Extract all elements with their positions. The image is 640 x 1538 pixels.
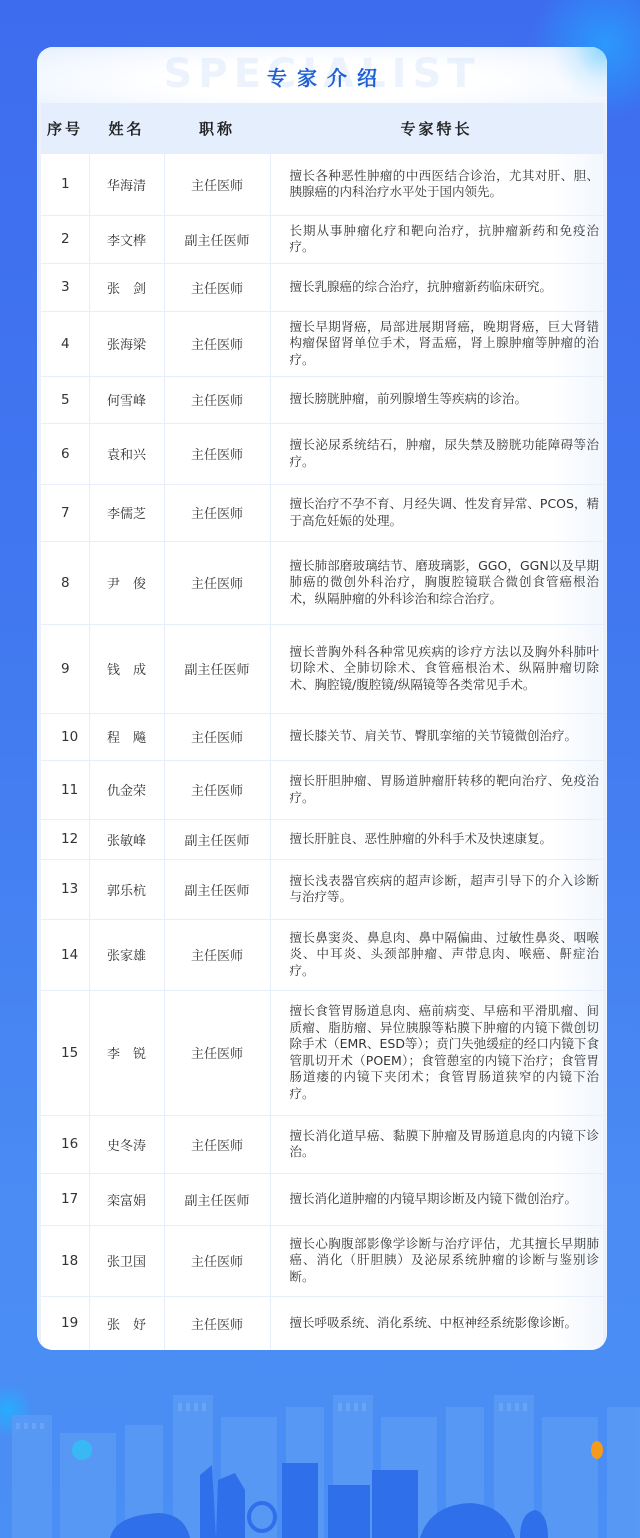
table-row: 16史冬涛主任医师擅长消化道早癌、黏膜下肿瘤及胃肠道息肉的内镜下诊治。 [41,1115,603,1173]
table-row: 17栾富娟副主任医师擅长消化道肿瘤的内镜早期诊断及内镜下微创治疗。 [41,1173,603,1225]
table-row: 6袁和兴主任医师擅长泌尿系统结石，肿瘤，尿失禁及膀胱功能障碍等治疗。 [41,423,603,484]
doctor-name: 尹 俊 [89,541,164,624]
row-number: 16 [41,1115,89,1173]
doctor-title: 主任医师 [164,760,270,819]
row-number: 8 [41,541,89,624]
doctor-title: 主任医师 [164,990,270,1115]
row-number: 13 [41,859,89,919]
row-number: 14 [41,919,89,990]
doctor-specialty: 擅长浅表器官疾病的超声诊断，超声引导下的介入诊断与治疗等。 [270,859,603,919]
column-header-number: 序号 [41,103,89,154]
specialist-table-wrap: 序号 姓名 职称 专家特长 1华海清主任医师擅长各种恶性肿瘤的中西医结合诊治，尤… [41,103,603,1350]
table-row: 13郭乐杭副主任医师擅长浅表器官疾病的超声诊断，超声引导下的介入诊断与治疗等。 [41,859,603,919]
doctor-specialty: 擅长各种恶性肿瘤的中西医结合诊治，尤其对肝、胆、胰腺癌的内科治疗水平处于国内领先… [270,154,603,215]
doctor-specialty: 擅长泌尿系统结石，肿瘤，尿失禁及膀胱功能障碍等治疗。 [270,423,603,484]
table-row: 2李文桦副主任医师长期从事肿瘤化疗和靶向治疗，抗肿瘤新药和免疫治疗。 [41,215,603,263]
doctor-title: 主任医师 [164,484,270,541]
doctor-title: 主任医师 [164,1225,270,1296]
row-number: 1 [41,154,89,215]
doctor-name: 栾富娟 [89,1173,164,1225]
doctor-specialty: 长期从事肿瘤化疗和靶向治疗，抗肿瘤新药和免疫治疗。 [270,215,603,263]
doctor-title: 主任医师 [164,1296,270,1350]
table-row: 11仇金荣主任医师擅长肝胆肿瘤、胃肠道肿瘤肝转移的靶向治疗、免疫治疗。 [41,760,603,819]
doctor-title: 主任医师 [164,919,270,990]
row-number: 11 [41,760,89,819]
row-number: 17 [41,1173,89,1225]
doctor-title: 主任医师 [164,713,270,760]
doctor-title: 副主任医师 [164,215,270,263]
doctor-title: 主任医师 [164,541,270,624]
doctor-name: 史冬涛 [89,1115,164,1173]
table-header-row: 序号 姓名 职称 专家特长 [41,103,603,154]
doctor-name: 仇金荣 [89,760,164,819]
table-row: 12张敏峰副主任医师擅长肝脏良、恶性肿瘤的外科手术及快速康复。 [41,819,603,859]
table-row: 1华海清主任医师擅长各种恶性肿瘤的中西医结合诊治，尤其对肝、胆、胰腺癌的内科治疗… [41,154,603,215]
column-header-title: 职称 [164,103,270,154]
doctor-specialty: 擅长膝关节、肩关节、臀肌挛缩的关节镜微创治疗。 [270,713,603,760]
table-row: 14张家雄主任医师擅长鼻窦炎、鼻息肉、鼻中隔偏曲、过敏性鼻炎、咽喉炎、中耳炎、头… [41,919,603,990]
row-number: 5 [41,376,89,423]
doctor-title: 主任医师 [164,154,270,215]
doctor-title: 副主任医师 [164,819,270,859]
row-number: 9 [41,624,89,713]
doctor-title: 副主任医师 [164,624,270,713]
doctor-name: 袁和兴 [89,423,164,484]
table-row: 19张 妤主任医师擅长呼吸系统、消化系统、中枢神经系统影像诊断。 [41,1296,603,1350]
doctor-specialty: 擅长消化道肿瘤的内镜早期诊断及内镜下微创治疗。 [270,1173,603,1225]
doctor-title: 主任医师 [164,263,270,311]
table-row: 7李儒芝主任医师擅长治疗不孕不育、月经失调、性发育异常、PCOS，精于高危妊娠的… [41,484,603,541]
doctor-title: 副主任医师 [164,859,270,919]
doctor-name: 华海清 [89,154,164,215]
doctor-specialty: 擅长鼻窦炎、鼻息肉、鼻中隔偏曲、过敏性鼻炎、咽喉炎、中耳炎、头颈部肿瘤、声带息肉… [270,919,603,990]
row-number: 15 [41,990,89,1115]
doctor-title: 副主任医师 [164,1173,270,1225]
specialist-table: 序号 姓名 职称 专家特长 1华海清主任医师擅长各种恶性肿瘤的中西医结合诊治，尤… [41,103,603,1350]
table-row: 10程 飚主任医师擅长膝关节、肩关节、臀肌挛缩的关节镜微创治疗。 [41,713,603,760]
column-header-specialty: 专家特长 [270,103,603,154]
doctor-specialty: 擅长膀胱肿瘤，前列腺增生等疾病的诊治。 [270,376,603,423]
row-number: 2 [41,215,89,263]
doctor-specialty: 擅长肝胆肿瘤、胃肠道肿瘤肝转移的靶向治疗、免疫治疗。 [270,760,603,819]
row-number: 4 [41,311,89,376]
doctor-name: 程 飚 [89,713,164,760]
city-skyline-illustration [0,1395,640,1538]
row-number: 18 [41,1225,89,1296]
doctor-name: 张敏峰 [89,819,164,859]
specialist-card: SPECIALIST 专家介绍 序号 姓名 职称 专家特长 1华海清主任医师擅长… [37,47,607,1350]
table-row: 18张卫国主任医师擅长心胸腹部影像学诊断与治疗评估，尤其擅长早期肺癌、消化（肝胆… [41,1225,603,1296]
table-row: 5何雪峰主任医师擅长膀胱肿瘤，前列腺增生等疾病的诊治。 [41,376,603,423]
doctor-specialty: 擅长普胸外科各种常见疾病的诊疗方法以及胸外科肺叶切除术、全肺切除术、食管癌根治术… [270,624,603,713]
table-row: 3张 剑主任医师擅长乳腺癌的综合治疗，抗肿瘤新药临床研究。 [41,263,603,311]
column-header-name: 姓名 [89,103,164,154]
doctor-title: 主任医师 [164,1115,270,1173]
doctor-specialty: 擅长呼吸系统、消化系统、中枢神经系统影像诊断。 [270,1296,603,1350]
row-number: 7 [41,484,89,541]
row-number: 10 [41,713,89,760]
doctor-name: 郭乐杭 [89,859,164,919]
card-header: SPECIALIST 专家介绍 [37,47,607,103]
doctor-title: 主任医师 [164,376,270,423]
doctor-name: 何雪峰 [89,376,164,423]
doctor-specialty: 擅长早期肾癌，局部进展期肾癌，晚期肾癌，巨大肾错构瘤保留肾单位手术，肾盂癌，肾上… [270,311,603,376]
doctor-name: 李文桦 [89,215,164,263]
doctor-specialty: 擅长食管胃肠道息肉、癌前病变、早癌和平滑肌瘤、间质瘤、脂肪瘤、异位胰腺等粘膜下肿… [270,990,603,1115]
doctor-name: 张 妤 [89,1296,164,1350]
doctor-specialty: 擅长肝脏良、恶性肿瘤的外科手术及快速康复。 [270,819,603,859]
row-number: 3 [41,263,89,311]
page-title: 专家介绍 [37,62,607,91]
table-row: 9钱 成副主任医师擅长普胸外科各种常见疾病的诊疗方法以及胸外科肺叶切除术、全肺切… [41,624,603,713]
doctor-specialty: 擅长乳腺癌的综合治疗，抗肿瘤新药临床研究。 [270,263,603,311]
doctor-specialty: 擅长肺部磨玻璃结节、磨玻璃影，GGO，GGN以及早期肺癌的微创外科治疗，胸腹腔镜… [270,541,603,624]
doctor-name: 张卫国 [89,1225,164,1296]
doctor-title: 主任医师 [164,311,270,376]
doctor-specialty: 擅长治疗不孕不育、月经失调、性发育异常、PCOS，精于高危妊娠的处理。 [270,484,603,541]
doctor-title: 主任医师 [164,423,270,484]
doctor-name: 钱 成 [89,624,164,713]
doctor-name: 张海梁 [89,311,164,376]
doctor-name: 李儒芝 [89,484,164,541]
table-row: 15李 锐主任医师擅长食管胃肠道息肉、癌前病变、早癌和平滑肌瘤、间质瘤、脂肪瘤、… [41,990,603,1115]
table-row: 8尹 俊主任医师擅长肺部磨玻璃结节、磨玻璃影，GGO，GGN以及早期肺癌的微创外… [41,541,603,624]
doctor-name: 张 剑 [89,263,164,311]
doctor-specialty: 擅长心胸腹部影像学诊断与治疗评估，尤其擅长早期肺癌、消化（肝胆胰）及泌尿系统肿瘤… [270,1225,603,1296]
doctor-specialty: 擅长消化道早癌、黏膜下肿瘤及胃肠道息肉的内镜下诊治。 [270,1115,603,1173]
row-number: 19 [41,1296,89,1350]
doctor-name: 李 锐 [89,990,164,1115]
table-body: 1华海清主任医师擅长各种恶性肿瘤的中西医结合诊治，尤其对肝、胆、胰腺癌的内科治疗… [41,154,603,1350]
doctor-name: 张家雄 [89,919,164,990]
row-number: 6 [41,423,89,484]
table-row: 4张海梁主任医师擅长早期肾癌，局部进展期肾癌，晚期肾癌，巨大肾错构瘤保留肾单位手… [41,311,603,376]
row-number: 12 [41,819,89,859]
